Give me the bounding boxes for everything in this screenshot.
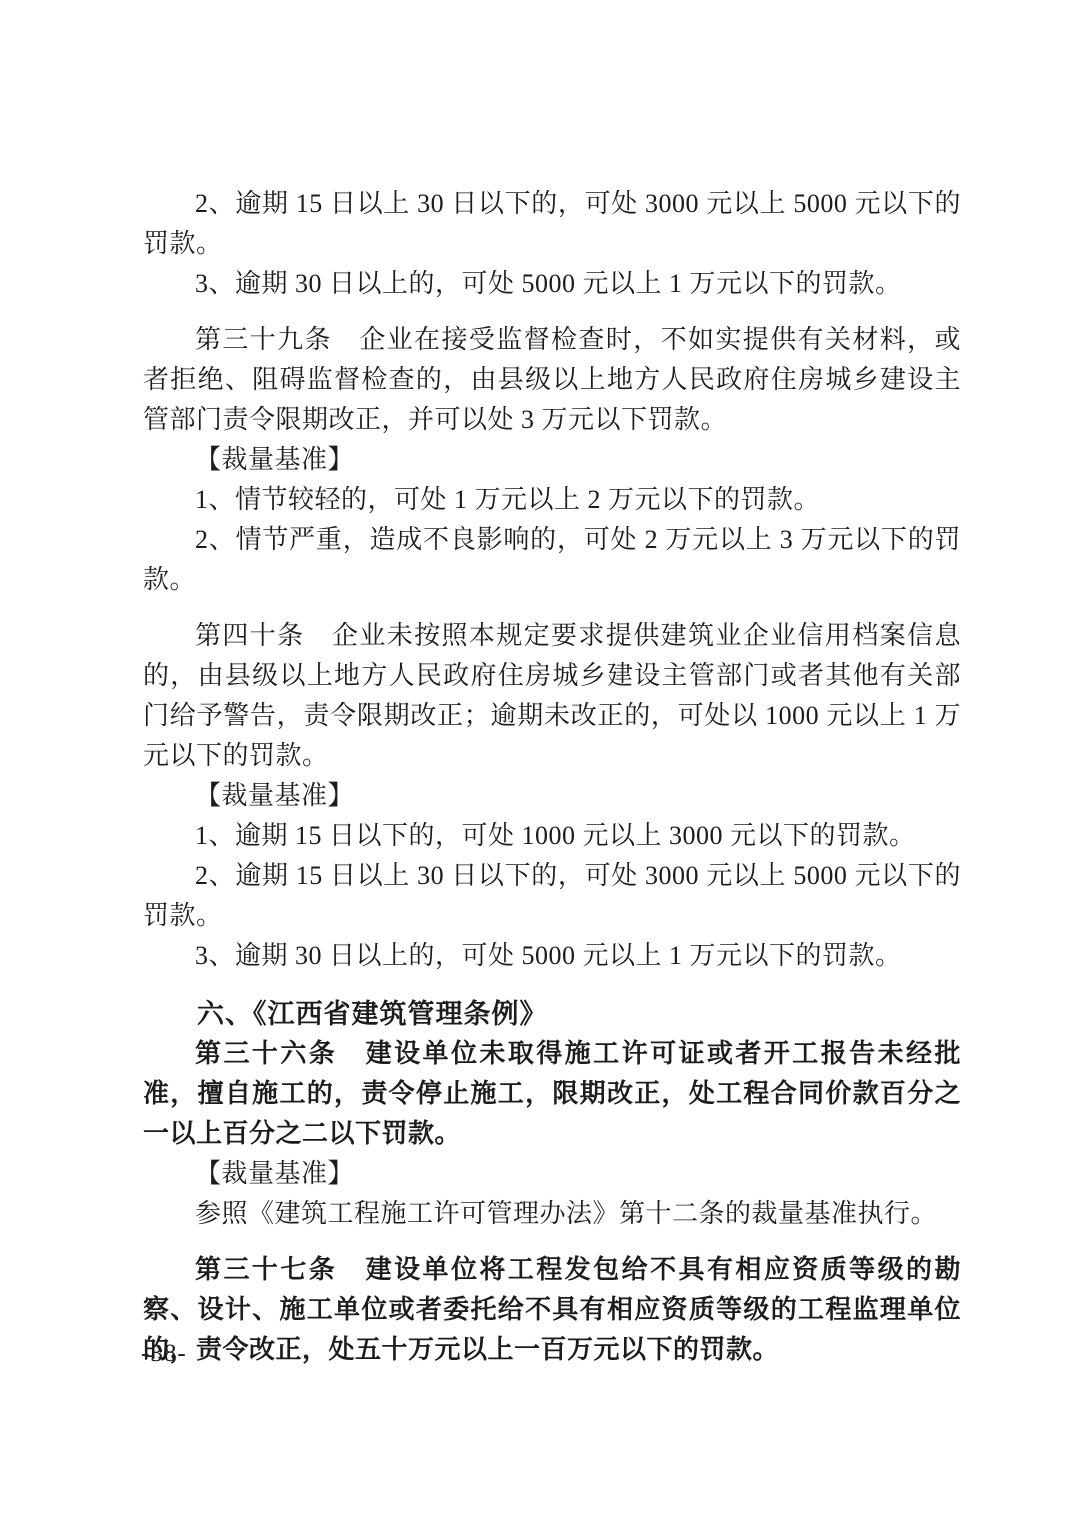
article-36-paragraph: 第三十六条 建设单位未取得施工许可证或者开工报告未经批准，擅自施工的，责令停止施… <box>143 1034 961 1154</box>
discretion-item-1: 1、情节较轻的，可处 1 万元以上 2 万元以下的罚款。 <box>143 480 961 520</box>
article-40-paragraph: 第四十条 企业未按照本规定要求提供建筑业企业信用档案信息的，由县级以上地方人民政… <box>143 616 961 776</box>
discretion-basis-label: 【裁量基准】 <box>143 440 961 480</box>
overdue-penalty-item-2: 2、逾期 15 日以上 30 日以下的，可处 3000 元以上 5000 元以下… <box>143 856 961 936</box>
discretion-basis-label: 【裁量基准】 <box>143 776 961 816</box>
discretion-item-2: 2、情节严重，造成不良影响的，可处 2 万元以上 3 万元以下的罚款。 <box>143 520 961 600</box>
overdue-penalty-item-1: 1、逾期 15 日以下的，可处 1000 元以上 3000 元以下的罚款。 <box>143 816 961 856</box>
article-37-paragraph: 第三十七条 建设单位将工程发包给不具有相应资质等级的勘察、设计、施工单位或者委托… <box>143 1250 961 1370</box>
document-body: 2、逾期 15 日以上 30 日以下的，可处 3000 元以上 5000 元以下… <box>143 184 961 1370</box>
discretion-basis-label: 【裁量基准】 <box>143 1154 961 1194</box>
overdue-penalty-item-2: 2、逾期 15 日以上 30 日以下的，可处 3000 元以上 5000 元以下… <box>143 184 961 264</box>
page-number: -38- <box>141 1340 187 1368</box>
overdue-penalty-item-3: 3、逾期 30 日以上的，可处 5000 元以上 1 万元以下的罚款。 <box>143 936 961 976</box>
article-39-paragraph: 第三十九条 企业在接受监督检查时，不如实提供有关材料，或者拒绝、阻碍监督检查的，… <box>143 320 961 440</box>
overdue-penalty-item-3: 3、逾期 30 日以上的，可处 5000 元以上 1 万元以下的罚款。 <box>143 264 961 304</box>
discretion-reference-text: 参照《建筑工程施工许可管理办法》第十二条的裁量基准执行。 <box>143 1194 961 1234</box>
section-6-heading: 六、《江西省建筑管理条例》 <box>143 994 961 1034</box>
document-page: 2、逾期 15 日以上 30 日以下的，可处 3000 元以上 5000 元以下… <box>0 0 1075 1520</box>
